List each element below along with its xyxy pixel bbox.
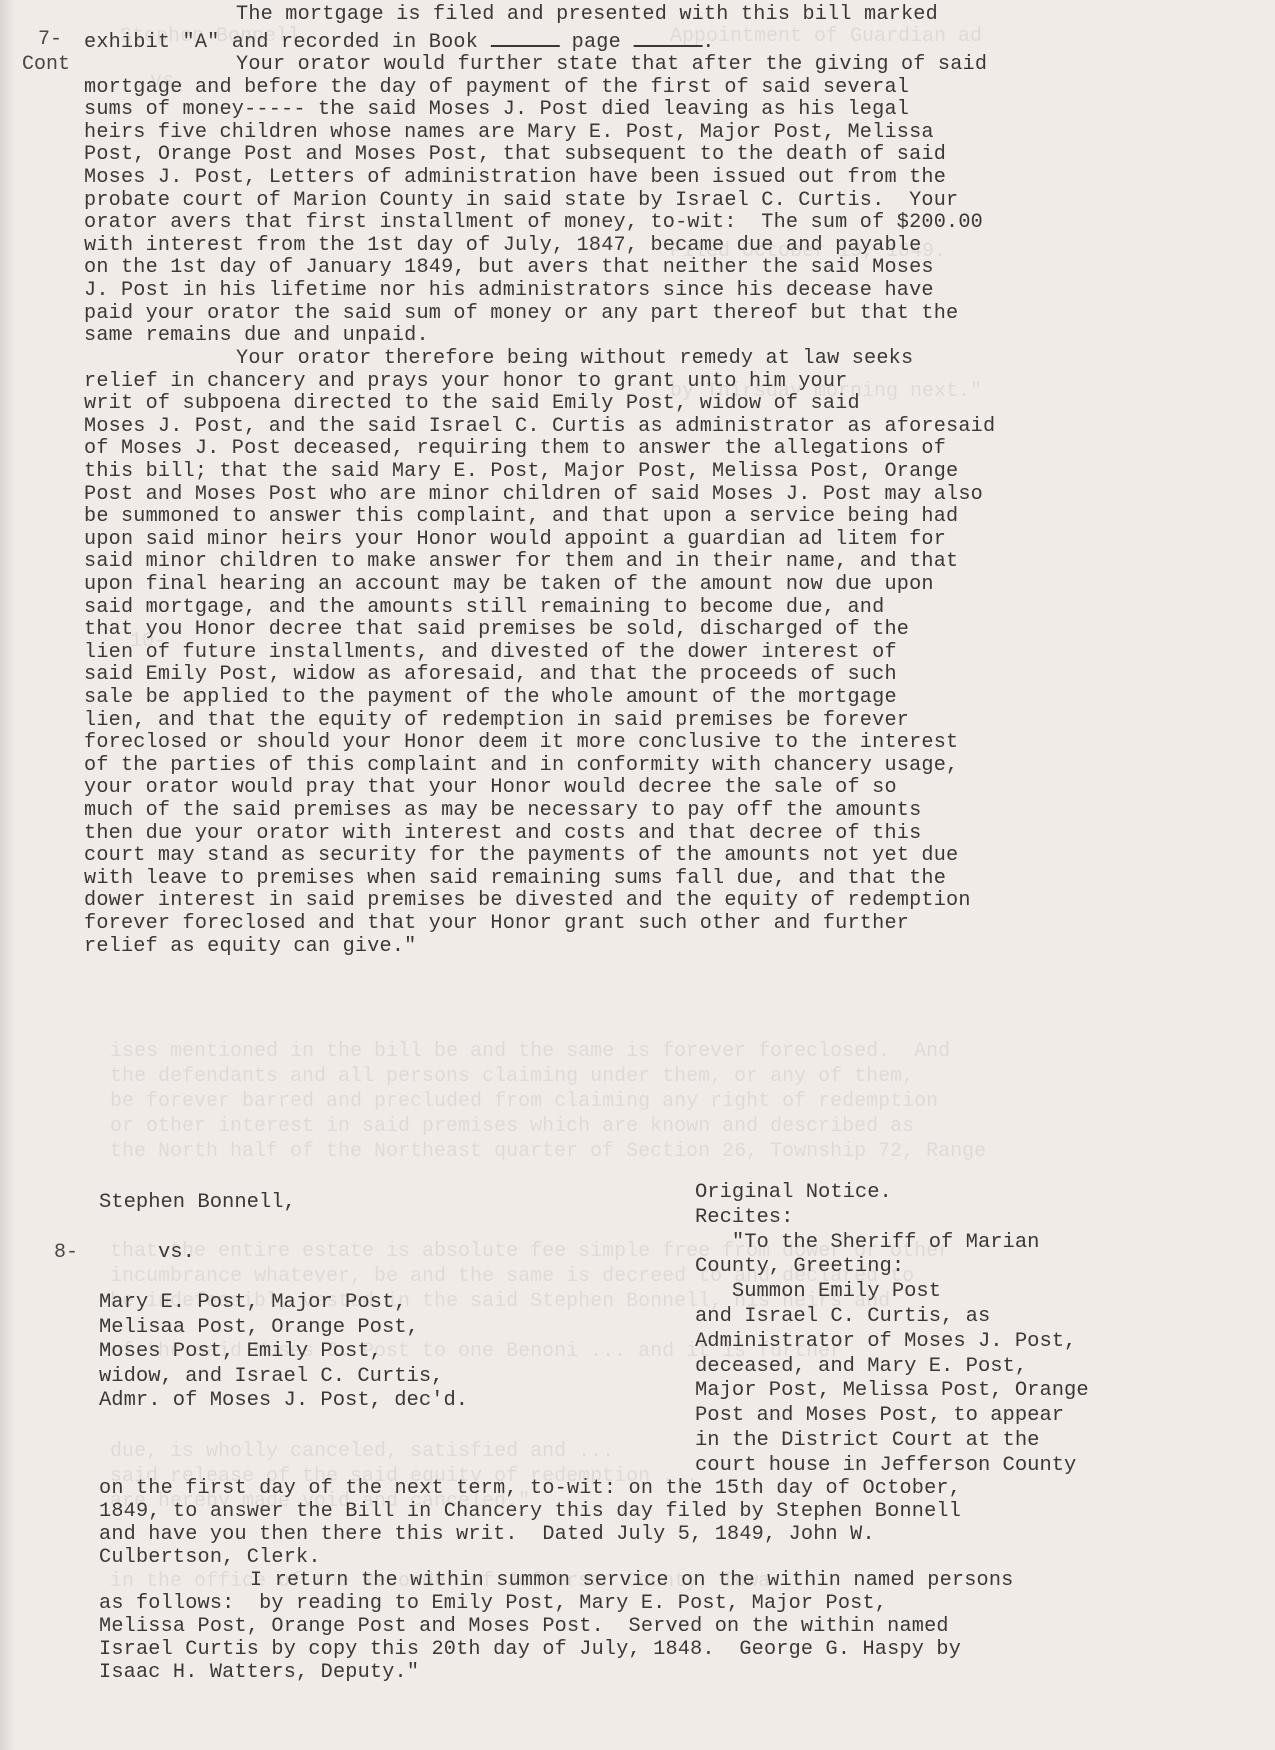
paragraph2-line: foreclosed or should your Honor deem it … (84, 730, 958, 755)
paragraph1-line: mortgage and before the day of payment o… (84, 75, 909, 100)
continuation-line: and have you then there this writ. Dated… (99, 1522, 875, 1547)
original-notice-line: County, Greeting: (695, 1254, 904, 1279)
bleed-through-line: or other interest in said premises which… (110, 1115, 914, 1139)
paragraph1-line: same remains due and unpaid. (84, 323, 429, 348)
defendant-line: widow, and Israel C. Curtis, (99, 1364, 443, 1389)
continuation-line: Culbertson, Clerk. (99, 1545, 321, 1570)
paragraph1-line: paid your orator the said sum of money o… (84, 301, 958, 326)
paragraph2-line: of the parties of this complaint and in … (84, 753, 958, 778)
paragraph2-line: then due your orator with interest and c… (84, 821, 921, 846)
paragraph1-line: with interest from the 1st day of July, … (84, 233, 921, 258)
bleed-through-line: the defendants and all persons claiming … (110, 1065, 914, 1089)
original-notice-line: Recites: (695, 1205, 793, 1230)
versus-label: vs. (158, 1240, 195, 1265)
paragraph2-line: your orator would pray that your Honor w… (84, 775, 897, 800)
return-line: Isaac H. Watters, Deputy." (99, 1660, 419, 1685)
defendant-line: Moses Post, Emily Post, (99, 1339, 382, 1364)
paragraph1-line: heirs five children whose names are Mary… (84, 120, 934, 145)
paragraph1-line: Moses J. Post, Letters of administration… (84, 165, 946, 190)
paragraph1-line: on the 1st day of January 1849, but aver… (84, 255, 934, 280)
bleed-through-line: be forever barred and precluded from cla… (110, 1090, 938, 1114)
paragraph2-line: said Emily Post, widow as aforesaid, and… (84, 662, 897, 687)
original-notice-line: in the District Court at the (695, 1428, 1039, 1453)
paragraph2-line: court may stand as security for the paym… (84, 843, 958, 868)
original-notice-line: Administrator of Moses J. Post, (695, 1329, 1076, 1354)
return-line: as follows: by reading to Emily Post, Ma… (99, 1591, 887, 1616)
bleed-through-line: ises mentioned in the bill be and the sa… (110, 1040, 950, 1064)
paragraph2-line: said mortgage, and the amounts still rem… (84, 595, 884, 620)
paragraph2-line: relief in chancery and prays your honor … (84, 369, 847, 394)
defendant-line: Mary E. Post, Major Post, (99, 1290, 407, 1315)
original-notice-line: Post and Moses Post, to appear (695, 1403, 1064, 1428)
paragraph2-line: sale be applied to the payment of the wh… (84, 685, 897, 710)
exhibit-text: exhibit "A" and recorded in Book (84, 31, 478, 54)
paragraph2-line: forever foreclosed and that your Honor g… (84, 911, 909, 936)
original-notice-line: Major Post, Melissa Post, Orange (695, 1378, 1089, 1403)
paragraph1-line: orator avers that first installment of m… (84, 210, 983, 235)
paragraph1-line: Your orator would further state that aft… (236, 52, 987, 77)
paragraph2-line: of Moses J. Post deceased, requiring the… (84, 436, 946, 461)
return-line: Melissa Post, Orange Post and Moses Post… (99, 1614, 949, 1639)
paragraph1-line: sums of money----- the said Moses J. Pos… (84, 97, 909, 122)
page-label: page (572, 31, 621, 54)
paragraph2-line: upon said minor heirs your Honor would a… (84, 527, 946, 552)
bleed-through-line: Appointment of Guardian ad (670, 25, 982, 49)
paragraph2-line: with leave to premises when said remaini… (84, 866, 946, 891)
original-notice-line: "To the Sheriff of Marian (695, 1230, 1039, 1255)
plaintiff-name: Stephen Bonnell, (99, 1190, 296, 1215)
paragraph2-line: upon final hearing an account may be tak… (84, 572, 934, 597)
original-notice-line: and Israel C. Curtis, as (695, 1304, 990, 1329)
paragraph2-line: dower interest in said premises be dives… (84, 888, 971, 913)
defendant-line: Admr. of Moses J. Post, dec'd. (99, 1388, 468, 1413)
section7-line0: The mortgage is filed and presented with… (236, 2, 938, 27)
original-notice-line: Original Notice. (695, 1180, 892, 1205)
section7-cont-label: Cont (22, 52, 70, 77)
page-edge-shadow (0, 0, 16, 1750)
paragraph1-line: probate court of Marion County in said s… (84, 188, 958, 213)
continuation-line: on the first day of the next term, to-wi… (99, 1476, 961, 1501)
paragraph2-line: said minor children to make answer for t… (84, 549, 958, 574)
defendant-line: Melisaa Post, Orange Post, (99, 1315, 419, 1340)
continuation-line: 1849, to answer the Bill in Chancery thi… (99, 1499, 961, 1524)
paragraph2-line: much of the said premises as may be nece… (84, 798, 921, 823)
paragraph2-line: Post and Moses Post who are minor childr… (84, 482, 983, 507)
book-number-blank (490, 27, 559, 47)
paragraph2-line: relief as equity can give." (84, 934, 416, 959)
bleed-through-line: the North half of the Northeast quarter … (110, 1140, 986, 1164)
paragraph2-line: be summoned to answer this complaint, an… (84, 504, 958, 529)
paragraph2-line: Moses J. Post, and the said Israel C. Cu… (84, 414, 995, 439)
paragraph2-line: writ of subpoena directed to the said Em… (84, 391, 860, 416)
section7-line1: exhibit "A" and recorded in Book page . (84, 27, 715, 55)
paragraph2-line: lien of future installments, and diveste… (84, 640, 897, 665)
paragraph1-line: Post, Orange Post and Moses Post, that s… (84, 142, 946, 167)
bleed-through-line: due, is wholly canceled, satisfied and .… (110, 1440, 614, 1464)
period: . (702, 31, 714, 54)
section8-number: 8- (54, 1240, 78, 1265)
paragraph2-line: Your orator therefore being without reme… (236, 346, 913, 371)
original-notice-line: deceased, and Mary E. Post, (695, 1354, 1027, 1379)
paragraph2-line: that you Honor decree that said premises… (84, 617, 909, 642)
page-number-blank (633, 27, 702, 47)
return-line: I return the within summon service on th… (250, 1568, 1013, 1593)
paragraph2-line: lien, and that the equity of redemption … (84, 708, 909, 733)
paragraph2-line: this bill; that the said Mary E. Post, M… (84, 459, 958, 484)
original-notice-line: court house in Jefferson County (695, 1453, 1076, 1478)
section7-number: 7- (38, 27, 62, 52)
original-notice-line: Summon Emily Post (695, 1279, 941, 1304)
paragraph1-line: J. Post in his lifetime nor his administ… (84, 278, 934, 303)
return-line: Israel Curtis by copy this 20th day of J… (99, 1637, 961, 1662)
